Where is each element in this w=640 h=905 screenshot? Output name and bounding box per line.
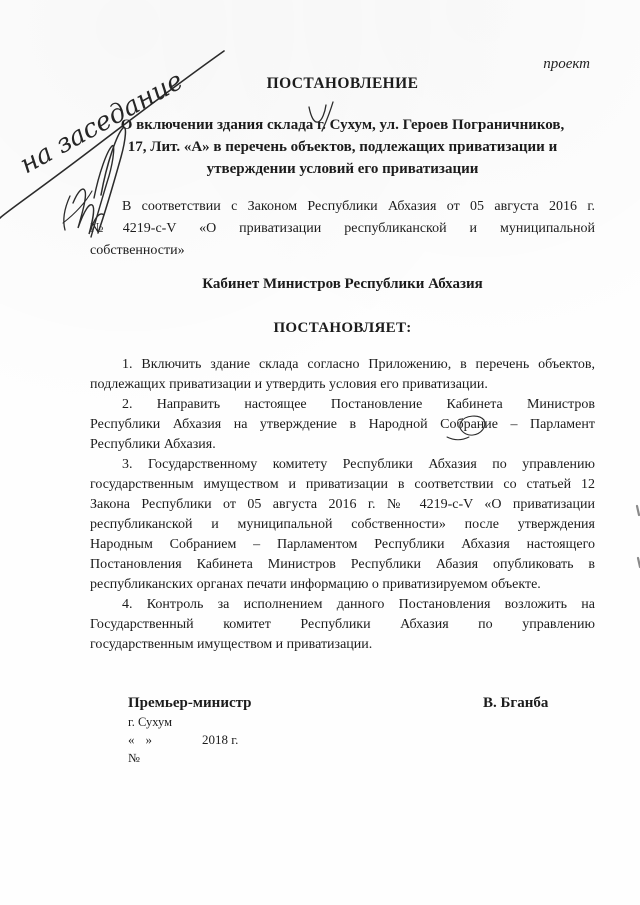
item-line: 4. Контроль за исполнением данного Поста… <box>90 595 595 615</box>
item-line: 3. Государственному комитету Республики … <box>90 455 595 475</box>
intro-line: собственности» <box>90 240 595 262</box>
quote-open: « <box>128 732 135 747</box>
document-kind-heading: ПОСТАНОВЛЕНИЕ <box>90 75 595 93</box>
item-line: подлежащих приватизации и утвердить усло… <box>90 375 595 395</box>
intro-paragraph: В соответствии с Законом Республики Абха… <box>90 196 595 262</box>
item-line: 1. Включить здание склада согласно Прило… <box>90 355 595 375</box>
quote-close: » <box>146 732 153 747</box>
item-line: Закона Республики от 05 августа 2016 г. … <box>90 495 595 515</box>
item-line: Государственный комитет Республики Абхаз… <box>90 615 595 635</box>
resolution-items: 1. Включить здание склада согласно Прило… <box>90 355 595 655</box>
scanned-document-page: проект ПОСТАНОВЛЕНИЕ О включении здания … <box>0 0 640 905</box>
signature-date-line: «»2018 г. <box>128 732 238 748</box>
signer-post: Премьер-министр <box>128 695 252 712</box>
item-line: 2. Направить настоящее Постановление Каб… <box>90 395 595 415</box>
item-line: Народным Собранием – Парламентом Республ… <box>90 535 595 555</box>
item-line: государственным имуществом и приватизаци… <box>90 475 595 495</box>
signature-city: г. Сухум <box>128 715 172 730</box>
subject-line: 17, Лит. «А» в перечень объектов, подлеж… <box>90 136 595 158</box>
item-line: республиканской и муниципальной собствен… <box>90 515 595 535</box>
item-line: Республики Абхазия на утверждение в Наро… <box>90 415 595 435</box>
resolution-word: ПОСТАНОВЛЯЕТ: <box>90 318 595 338</box>
document-number-sign: № <box>128 751 140 766</box>
subject-line: утверждении условий его приватизации <box>90 158 595 180</box>
signer-name: В. Бганба <box>483 695 548 712</box>
signature-year: 2018 г. <box>202 732 238 747</box>
resolution-item-3: 3. Государственному комитету Республики … <box>90 455 595 595</box>
item-line: Постановления Кабинета Министров Республ… <box>90 555 595 575</box>
resolution-item-1: 1. Включить здание склада согласно Прило… <box>90 355 595 395</box>
intro-line: №4219-с-V «О приватизации республиканско… <box>90 218 595 240</box>
resolution-item-4: 4. Контроль за исполнением данного Поста… <box>90 595 595 655</box>
item-line: республиканских органах печати информаци… <box>90 575 595 595</box>
document-subject: О включении здания склада г. Сухум, ул. … <box>90 114 595 180</box>
item-line: государственным имуществом и приватизаци… <box>90 635 595 655</box>
intro-line: В соответствии с Законом Республики Абха… <box>90 196 595 218</box>
draft-label: проект <box>543 56 590 73</box>
issuing-authority: Кабинет Министров Республики Абхазия <box>90 274 595 294</box>
resolution-item-2: 2. Направить настоящее Постановление Каб… <box>90 395 595 455</box>
item-line: Республики Абхазия. <box>90 435 595 455</box>
subject-line: О включении здания склада г. Сухум, ул. … <box>90 114 595 136</box>
